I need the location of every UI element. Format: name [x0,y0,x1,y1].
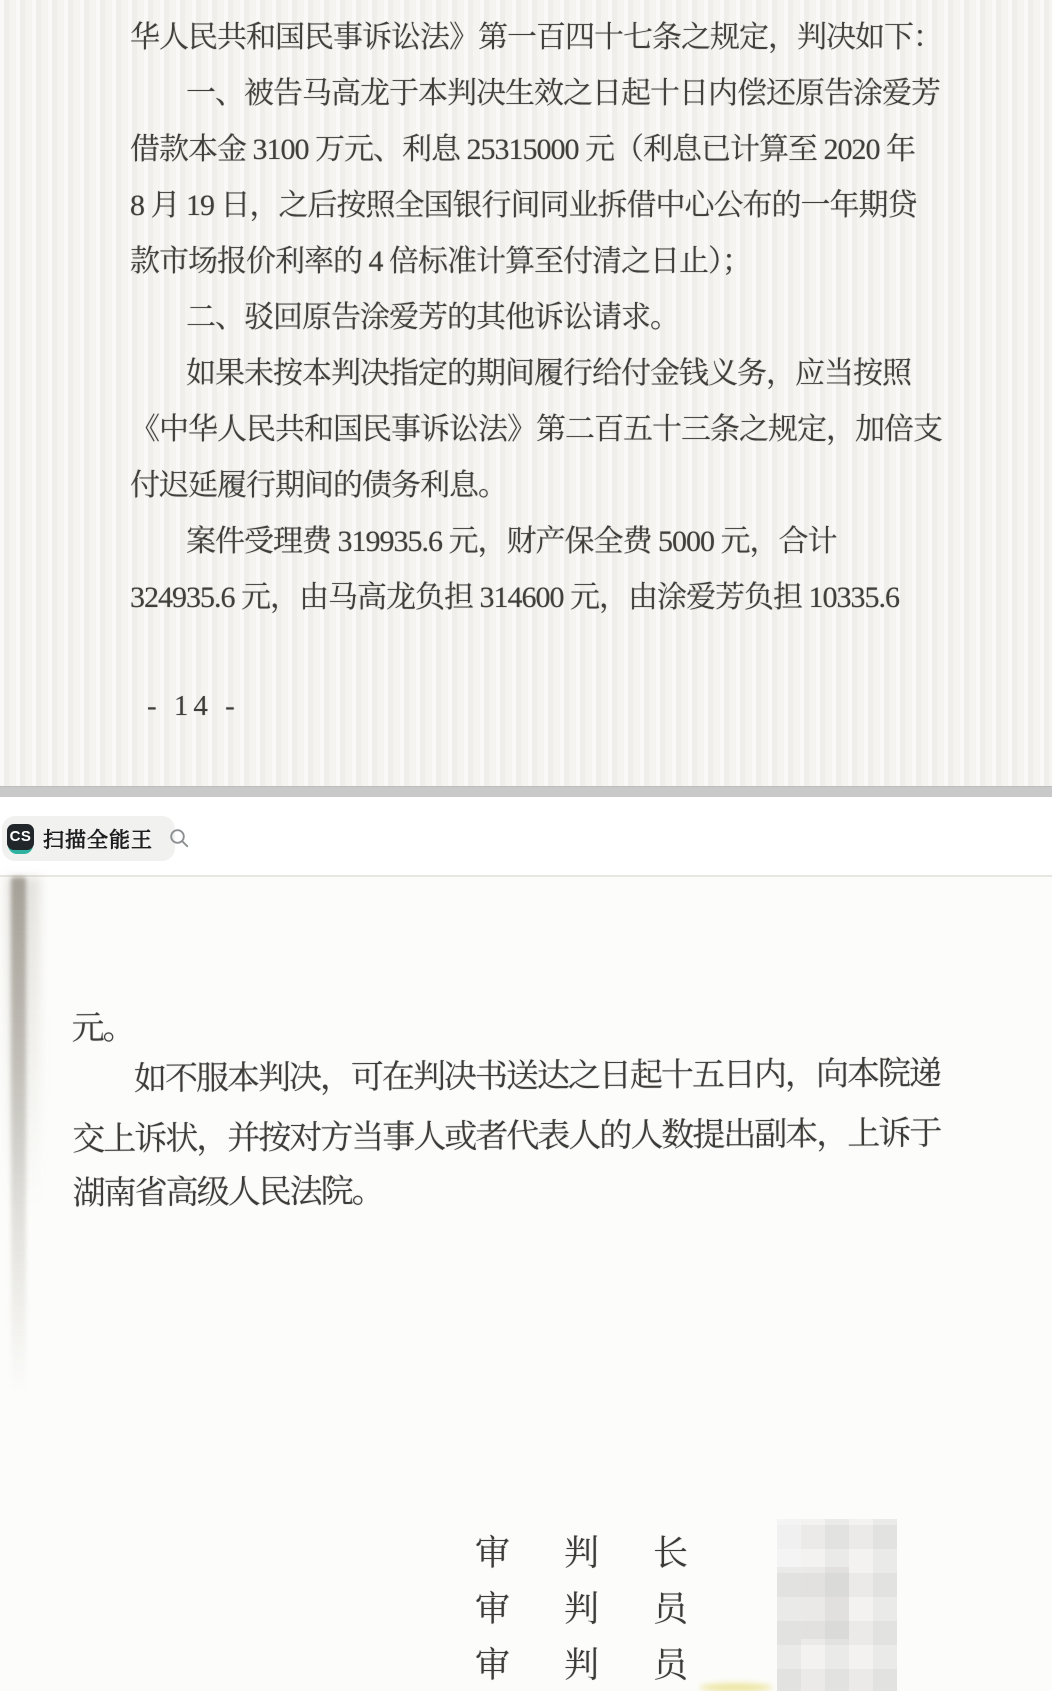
signature-char: 员 [653,1591,688,1629]
document-text-line: 324935.6 元，由马高龙负担 314600 元，由涂爱芳负担 10335.… [130,570,930,626]
document-text-line: 款市场报价利率的 4 倍标准计算至付清之日止）； [130,234,930,290]
search-icon[interactable] [169,828,190,849]
signature-row: 审判长 [475,1535,688,1573]
document-text-line: 湖南省高级人民法院。 [73,1165,383,1214]
signature-char: 判 [564,1591,599,1629]
censored-names-mosaic [777,1519,897,1691]
signature-char: 长 [653,1535,688,1573]
document-text-line: 二、驳回原告涂爱芳的其他诉讼请求。 [130,290,930,346]
signature-block: 审判长审判员审判员 [475,1535,688,1685]
judgment-text-page-15: 元。如不服本判决，可在判决书送达之日起十五日内，向本院递交上诉状，并按对方当事人… [0,873,1052,1300]
document-text-line: 交上诉状，并按对方当事人或者代表人的人数提出副本，上诉于 [72,1107,940,1160]
camscanner-logo-icon: CS [7,824,34,854]
app-name-label: 扫描全能王 [43,824,153,854]
scanned-page-2: 元。如不服本判决，可在判决书送达之日起十五日内，向本院递交上诉状，并按对方当事人… [0,875,1052,1691]
document-text-line: 付迟延履行期间的债务利息。 [130,458,930,514]
signature-char: 审 [475,1647,510,1685]
document-text-line: 如不服本判决，可在判决书送达之日起十五日内，向本院递 [134,1047,940,1100]
yellow-smudge [700,1683,772,1691]
document-text-line: 一、被告马高龙于本判决生效之日起十日内偿还原告涂爱芳 [130,66,930,122]
signature-char: 审 [475,1591,510,1629]
signature-char: 员 [653,1647,688,1685]
document-text-line: 案件受理费 319935.6 元，财产保全费 5000 元，合计 [130,514,930,570]
document-text-line: 借款本金 3100 万元、利息 25315000 元（利息已计算至 2020 年 [130,122,930,178]
document-text-line: 如果未按本判决指定的期间履行给付金钱义务，应当按照 [130,346,930,402]
camscanner-chip[interactable]: CS 扫描全能王 [2,816,175,861]
judgment-text-page-14: 华人民共和国民事诉讼法》第一百四十七条之规定，判决如下：一、被告马高龙于本判决生… [130,0,930,626]
scanned-page-1: 华人民共和国民事诉讼法》第一百四十七条之规定，判决如下：一、被告马高龙于本判决生… [0,0,1052,786]
signature-char: 判 [564,1535,599,1573]
page-number: - 14 - [147,690,240,723]
signature-char: 审 [475,1535,510,1573]
app-watermark-band: CS 扫描全能王 [0,797,1052,875]
document-text-line: 《中华人民共和国民事诉讼法》第二百五十三条之规定，加倍支 [130,402,930,458]
document-text-line: 华人民共和国民事诉讼法》第一百四十七条之规定，判决如下： [130,10,930,66]
document-text-line: 元。 [71,1002,133,1049]
camscanner-logo-text: CS [7,824,34,850]
screenshot-divider [0,786,1052,797]
signature-char: 判 [564,1647,599,1685]
signature-row: 审判员 [475,1591,688,1629]
document-text-line: 8 月 19 日，之后按照全国银行间同业拆借中心公布的一年期贷 [130,178,930,234]
signature-row: 审判员 [475,1647,688,1685]
